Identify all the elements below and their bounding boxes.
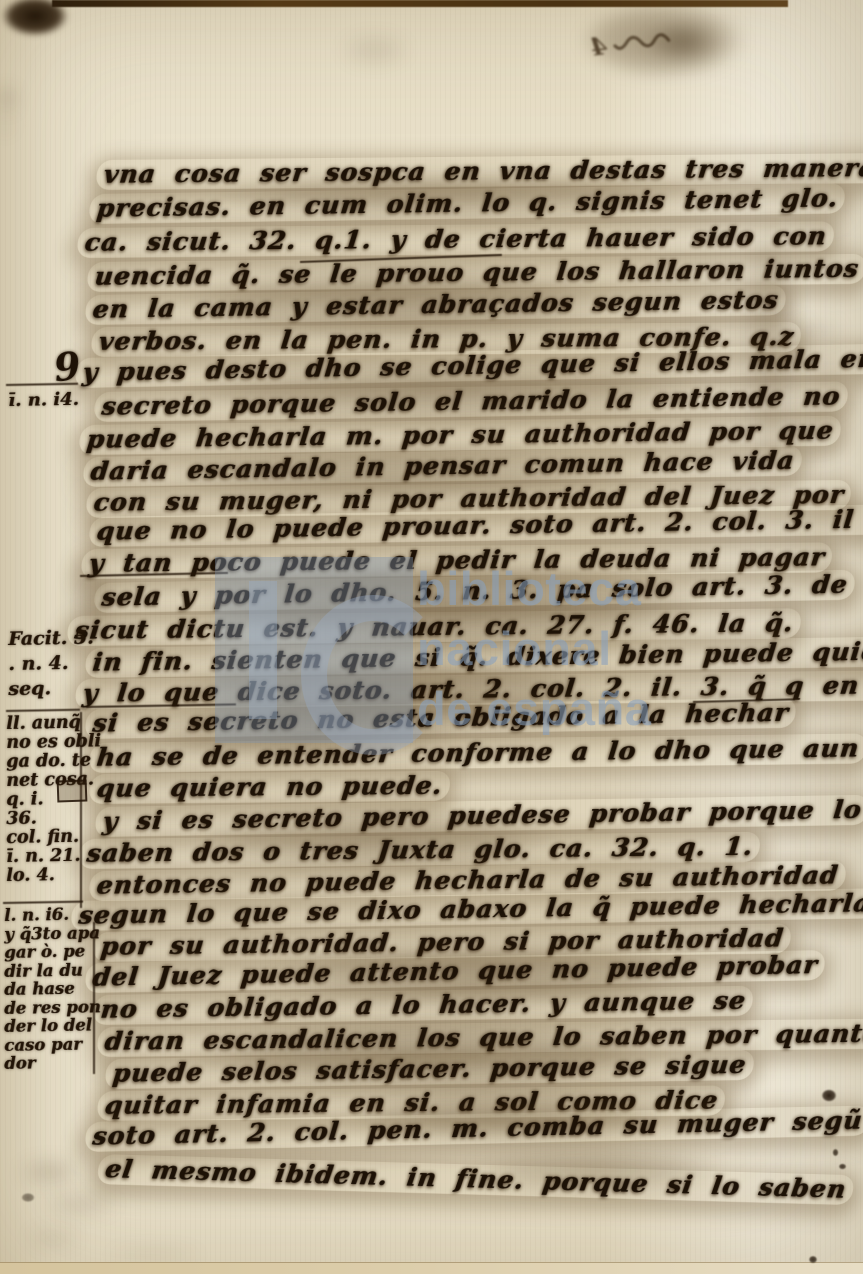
ink-blot — [18, 1228, 88, 1248]
margin-note-line: der lo del — [4, 1015, 92, 1036]
manuscript-line: ca. sicut. 32. q.1. y de cierta hauer si… — [76, 221, 835, 258]
ink-spot — [832, 1148, 839, 1157]
corner-stain — [0, 0, 78, 42]
folio-mark: 4 — [589, 23, 673, 62]
margin-note-line: dir la du — [4, 960, 83, 980]
margin-note-line: l. n. i6. — [4, 905, 69, 925]
binding-edge — [52, 0, 788, 7]
ink-blot — [10, 1158, 90, 1186]
margin-note-line: ī. n. i4. — [8, 389, 79, 411]
manuscript-line: precisas. en cum olim. lo q. signis tene… — [88, 183, 847, 224]
folio-scribble — [612, 29, 672, 54]
margin-note-line: gar ò. pe — [4, 942, 85, 962]
ink-blot — [30, 1192, 130, 1216]
margin-note-line: seq. — [8, 677, 51, 700]
ink-spot — [820, 1088, 838, 1103]
ink-blot — [90, 1248, 220, 1262]
margin-note-line: de res pon — [4, 997, 101, 1018]
margin-note-line: caso par — [4, 1034, 82, 1054]
margin-rule — [6, 709, 80, 712]
manuscript-page: 4 vna cosa ser sospca en vna destas tres… — [0, 0, 863, 1274]
margin-note-line: y q̃3to apa — [4, 923, 100, 944]
ink-spot — [838, 1163, 847, 1170]
manuscript-line: que quiera no puede. — [88, 771, 451, 804]
manuscript-line: secreto porque solo el marido la entiend… — [93, 381, 849, 422]
margin-note-line: col. fin. — [6, 827, 79, 848]
ink-blot — [330, 30, 420, 70]
margin-note-line: q. i. — [6, 789, 44, 810]
ink-blot — [0, 84, 14, 114]
margin-note-line: lo. 4. — [6, 865, 55, 886]
margin-bracket — [80, 712, 82, 908]
margin-rule — [3, 901, 83, 904]
manuscript-line: el mesmo ibidem. in fine. porque si lo s… — [96, 1154, 855, 1205]
margin-note-line: dor — [4, 1053, 36, 1073]
margin-note-line: da hase — [4, 979, 75, 999]
margin-note-line: ī. n. 21. — [6, 846, 81, 867]
margin-note-line: 36. — [6, 808, 37, 829]
manuscript-line: ha se de entender conforme a lo dho que … — [88, 733, 863, 773]
margin-note-line: . n. 4. — [8, 652, 68, 675]
ink-spot — [20, 1192, 36, 1203]
margin-bracket — [93, 922, 95, 1074]
manuscript-line: en la cama y estar abraçados segun estos — [84, 285, 787, 325]
margin-box-mark — [57, 779, 88, 802]
next-page-edge — [0, 1262, 863, 1274]
margin-note-line: Facit. 5. — [8, 627, 94, 650]
margin-note-line: ll. aunq̃ — [6, 713, 81, 734]
ink-blot — [0, 118, 10, 134]
manuscript-line: no es obligado a lo hacer. y aunque se — [92, 986, 755, 1025]
folio-number: 4 — [589, 31, 609, 62]
